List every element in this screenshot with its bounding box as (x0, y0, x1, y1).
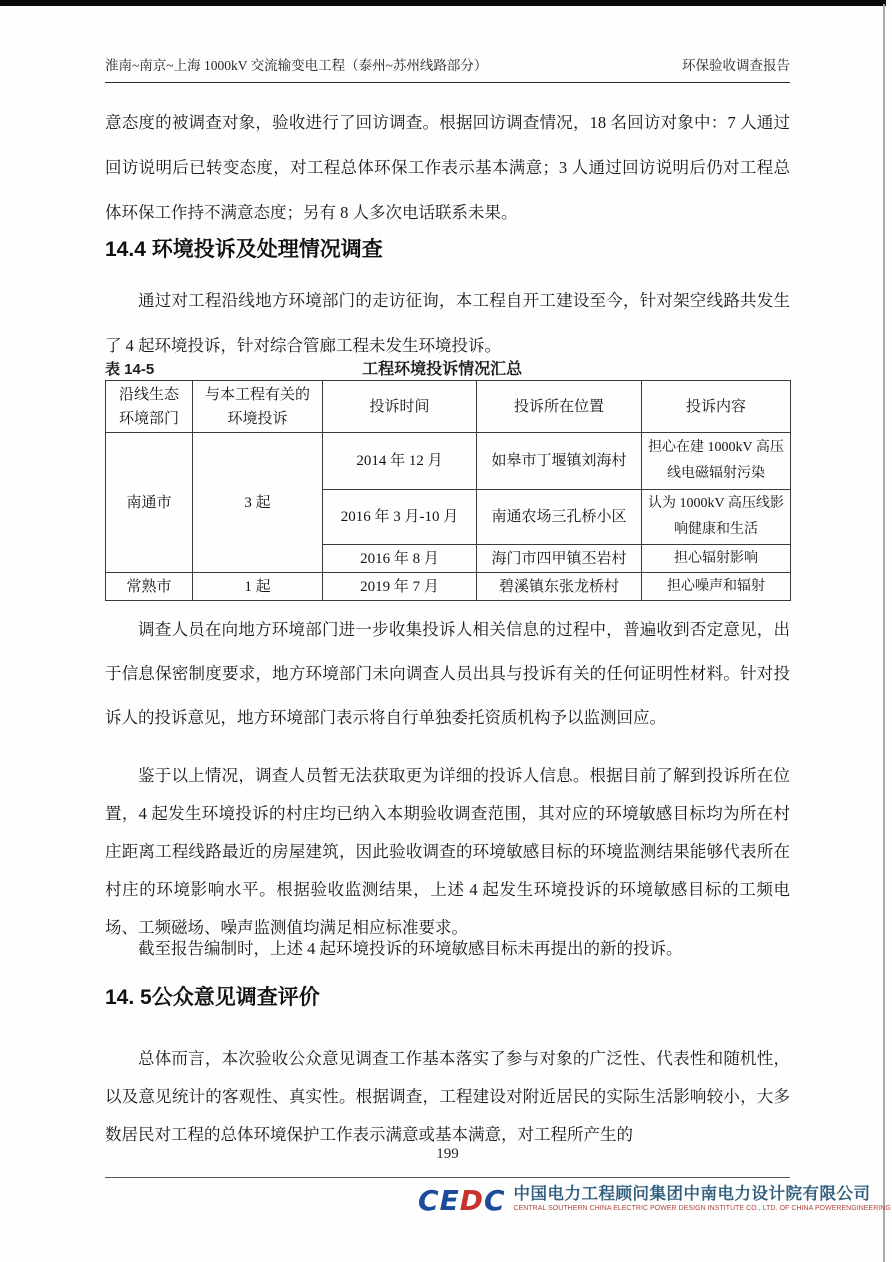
footer-divider (105, 1177, 790, 1178)
cell-location: 南通农场三孔桥小区 (477, 490, 642, 545)
body-paragraph-1: 意态度的被调查对象，验收进行了回访调查。根据回访调查情况，18 名回访对象中：7… (105, 100, 790, 235)
cell-time: 2019 年 7 月 (323, 573, 477, 601)
page-header: 淮南~南京~上海 1000kV 交流输变电工程（泰州~苏州线路部分） 环保验收调… (105, 0, 790, 83)
table-title: 工程环境投诉情况汇总 (154, 356, 790, 379)
company-name-block: 中国电力工程顾问集团中南电力设计院有限公司 CENTRAL SOUTHERN C… (514, 1184, 892, 1213)
body-paragraph-2: 通过对工程沿线地方环境部门的走访征询，本工程自开工建设至今，针对架空线路共发生了… (105, 278, 790, 368)
table-row: 常熟市 1 起 2019 年 7 月 碧溪镇东张龙桥村 担心噪声和辐射 (106, 573, 791, 601)
cell-count-changshu: 1 起 (193, 573, 323, 601)
complaints-table: 沿线生态环境部门 与本工程有关的环境投诉 投诉时间 投诉所在位置 投诉内容 南通… (105, 380, 791, 601)
col-header-content: 投诉内容 (642, 381, 791, 433)
document-page: 淮南~南京~上海 1000kV 交流输变电工程（泰州~苏州线路部分） 环保验收调… (0, 0, 892, 1262)
cell-content: 担心噪声和辐射 (642, 573, 791, 601)
logo-letter-4: C (484, 1186, 506, 1216)
table-caption: 表 14-5 工程环境投诉情况汇总 (105, 356, 790, 379)
logo-letter-3: D (460, 1186, 484, 1216)
table-header-row: 沿线生态环境部门 与本工程有关的环境投诉 投诉时间 投诉所在位置 投诉内容 (106, 381, 791, 433)
body-paragraph-4: 鉴于以上情况，调查人员暂无法获取更为详细的投诉人信息。根据目前了解到投诉所在位置… (105, 757, 790, 947)
cell-location: 海门市四甲镇丕岩村 (477, 545, 642, 573)
col-header-related-complaints: 与本工程有关的环境投诉 (193, 381, 323, 433)
logo-letter-1: C (418, 1186, 440, 1216)
section-heading-14-4: 14.4 环境投诉及处理情况调查 (105, 236, 790, 264)
body-paragraph-3: 调查人员在向地方环境部门进一步收集投诉人相关信息的过程中，普遍收到否定意见，出于… (105, 608, 790, 740)
cell-time: 2014 年 12 月 (323, 433, 477, 490)
cell-location: 如皋市丁堰镇刘海村 (477, 433, 642, 490)
page-number: 199 (105, 1146, 790, 1163)
table-row: 南通市 3 起 2014 年 12 月 如皋市丁堰镇刘海村 担心在建 1000k… (106, 433, 791, 490)
cell-location: 碧溪镇东张龙桥村 (477, 573, 642, 601)
col-header-location: 投诉所在位置 (477, 381, 642, 433)
cedc-logo-icon: C E D C (418, 1184, 506, 1216)
cell-city-nantong: 南通市 (106, 433, 193, 573)
cell-content: 担心在建 1000kV 高压线电磁辐射污染 (642, 433, 791, 490)
cell-city-changshu: 常熟市 (106, 573, 193, 601)
header-right-title: 环保验收调查报告 (682, 54, 790, 74)
cell-content: 担心辐射影响 (642, 545, 791, 573)
company-logo: C E D C 中国电力工程顾问集团中南电力设计院有限公司 CENTRAL SO… (418, 1184, 868, 1216)
section-heading-14-5: 14. 5公众意见调查评价 (105, 984, 790, 1012)
scan-artifact-right-line (883, 4, 885, 1262)
cell-count-nantong: 3 起 (193, 433, 323, 573)
logo-letter-2: E (440, 1186, 460, 1216)
company-name-chinese: 中国电力工程顾问集团中南电力设计院有限公司 (514, 1184, 892, 1204)
body-paragraph-5: 截至报告编制时，上述 4 起环境投诉的环境敏感目标未再提出的新的投诉。 (105, 930, 790, 968)
body-paragraph-6: 总体而言，本次验收公众意见调查工作基本落实了参与对象的广泛性、代表性和随机性，以… (105, 1040, 790, 1154)
col-header-time: 投诉时间 (323, 381, 477, 433)
table-label: 表 14-5 (105, 358, 154, 379)
cell-time: 2016 年 3 月-10 月 (323, 490, 477, 545)
header-left-title: 淮南~南京~上海 1000kV 交流输变电工程（泰州~苏州线路部分） (105, 54, 487, 74)
col-header-department: 沿线生态环境部门 (106, 381, 193, 433)
company-name-english: CENTRAL SOUTHERN CHINA ELECTRIC POWER DE… (514, 1204, 892, 1213)
cell-content: 认为 1000kV 高压线影响健康和生活 (642, 490, 791, 545)
cell-time: 2016 年 8 月 (323, 545, 477, 573)
